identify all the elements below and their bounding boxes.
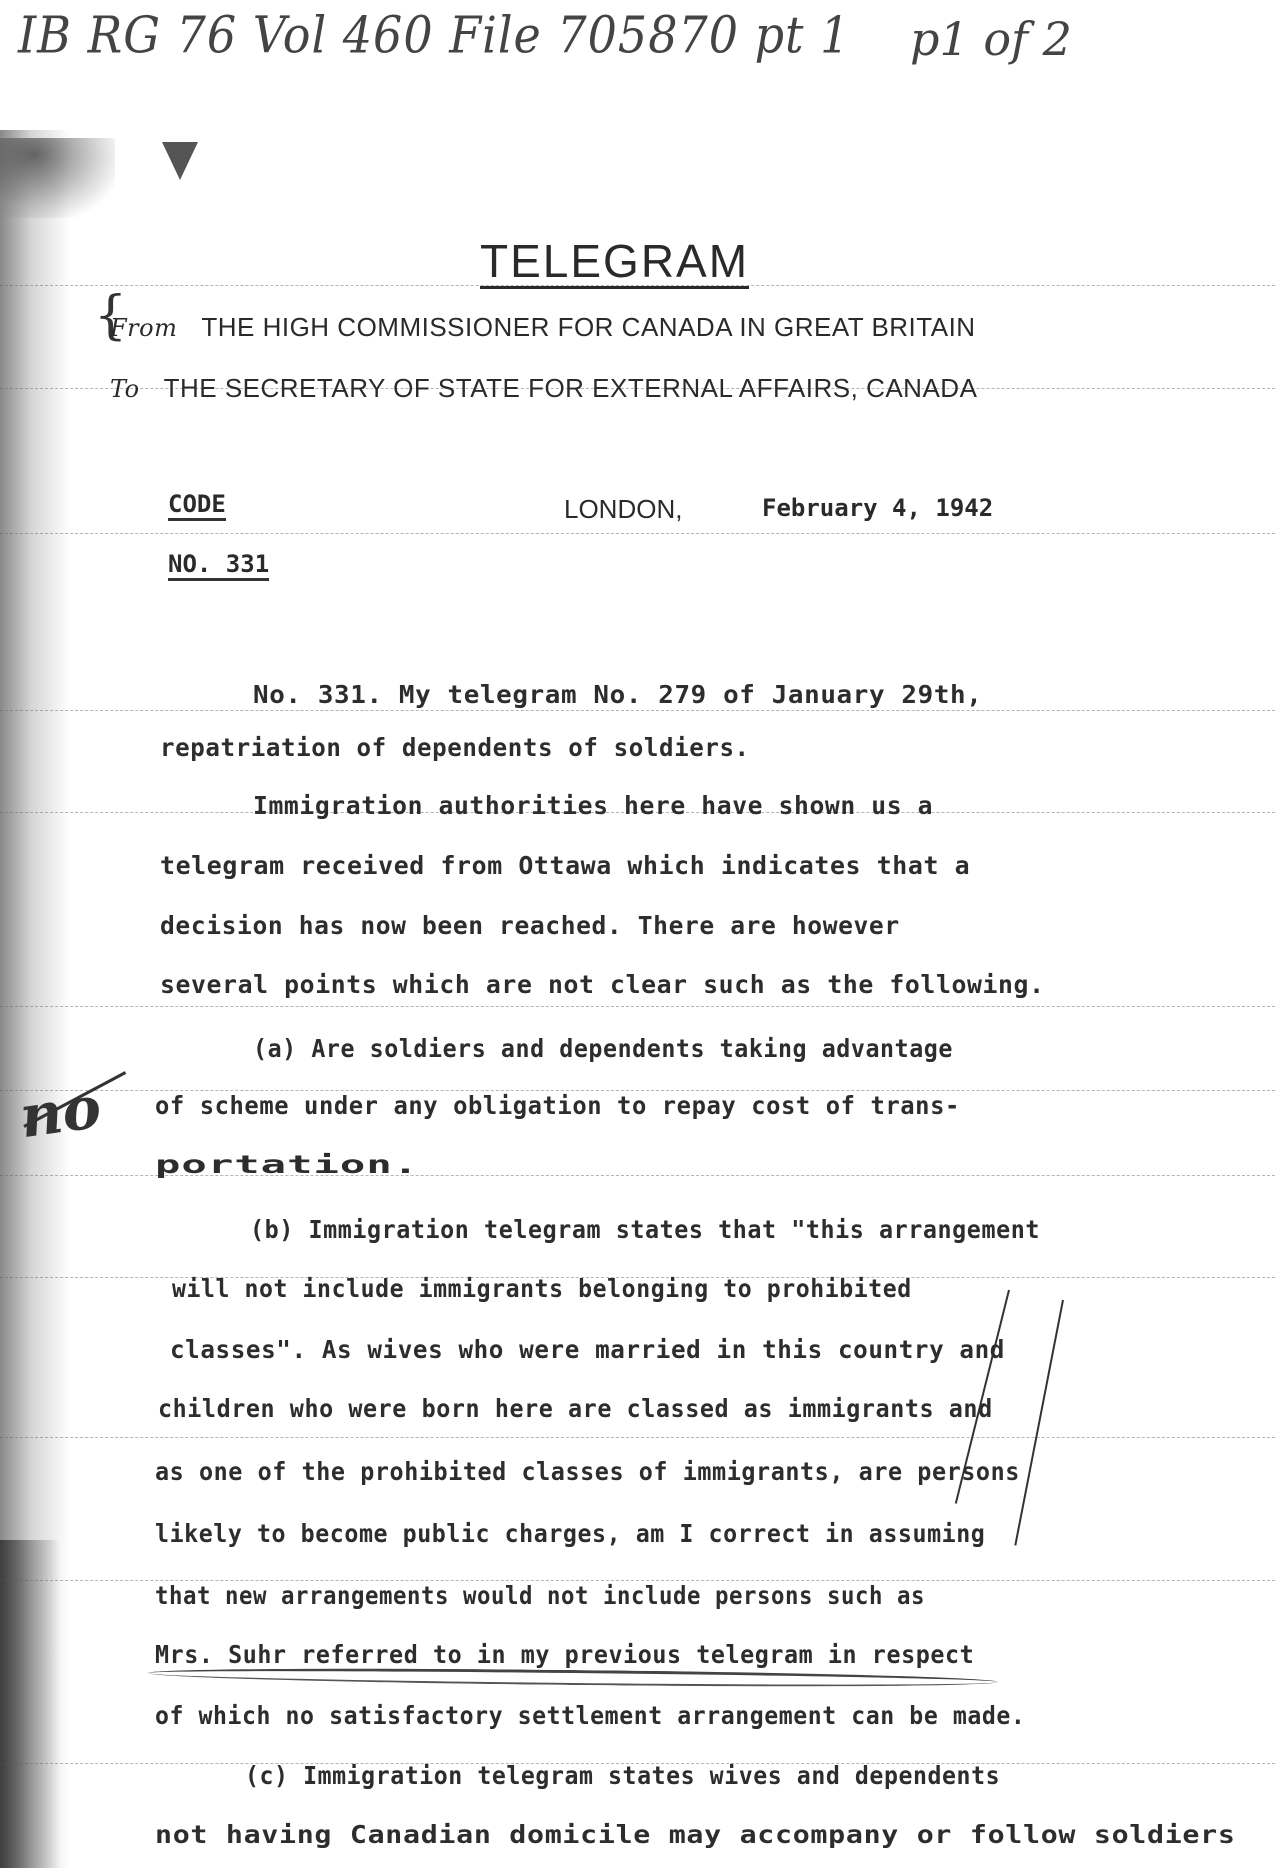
ruled-line bbox=[0, 1006, 1275, 1007]
place: LONDON, bbox=[564, 494, 682, 525]
document-title: TELEGRAM bbox=[480, 238, 749, 289]
body-line: (b) Immigration telegram states that "th… bbox=[250, 1215, 1040, 1244]
body-line: several points which are not clear such … bbox=[160, 970, 1045, 999]
handwritten-file-reference: IB RG 76 Vol 460 File 705870 pt 1 bbox=[18, 5, 850, 64]
punch-mark-icon bbox=[162, 142, 198, 180]
sender-line: FromTHE HIGH COMMISSIONER FOR CANADA IN … bbox=[110, 312, 976, 343]
body-line: Mrs. Suhr referred to in my previous tel… bbox=[155, 1640, 974, 1669]
handwritten-underline bbox=[148, 1666, 998, 1690]
body-line: as one of the prohibited classes of immi… bbox=[155, 1457, 1020, 1486]
body-line: that new arrangements would not include … bbox=[155, 1581, 925, 1610]
body-line: decision has now been reached. There are… bbox=[160, 911, 900, 940]
body-line: telegram received from Ottawa which indi… bbox=[160, 851, 970, 880]
code-label: CODE bbox=[168, 490, 226, 521]
body-line: children who were born here are classed … bbox=[158, 1394, 993, 1423]
body-line: not having Canadian domicile may accompa… bbox=[155, 1820, 1236, 1849]
telegram-number: NO. 331 bbox=[168, 550, 269, 581]
body-line: Immigration authorities here have shown … bbox=[253, 791, 933, 820]
date: February 4, 1942 bbox=[762, 494, 993, 522]
body-line: of which no satisfactory settlement arra… bbox=[155, 1701, 1025, 1730]
handwritten-margin-note: no bbox=[16, 1073, 106, 1152]
ruled-line bbox=[0, 710, 1275, 711]
ruled-line bbox=[0, 533, 1275, 534]
body-line: will not include immigrants belonging to… bbox=[172, 1274, 912, 1303]
body-line: (a) Are soldiers and dependents taking a… bbox=[253, 1034, 953, 1063]
scan-edge-blot bbox=[0, 138, 115, 218]
recipient-line: ToTHE SECRETARY OF STATE FOR EXTERNAL AF… bbox=[110, 373, 977, 404]
ruled-line bbox=[0, 1437, 1275, 1438]
from-prefix: From bbox=[110, 314, 177, 342]
body-line: of scheme under any obligation to repay … bbox=[155, 1091, 960, 1120]
body-line: likely to become public charges, am I co… bbox=[155, 1519, 985, 1548]
body-line: repatriation of dependents of soldiers. bbox=[160, 733, 750, 762]
telegram-page: IB RG 76 Vol 460 File 705870 pt 1 p1 of … bbox=[0, 0, 1275, 1868]
scan-edge-shadow-lower bbox=[0, 1540, 60, 1868]
body-line: classes". As wives who were married in t… bbox=[170, 1335, 1005, 1364]
body-line: portation. bbox=[155, 1150, 419, 1179]
handwritten-page-reference: p1 of 2 bbox=[910, 12, 1072, 66]
body-line: No. 331. My telegram No. 279 of January … bbox=[253, 680, 982, 709]
body-line: (c) Immigration telegram states wives an… bbox=[245, 1761, 1000, 1790]
sender: THE HIGH COMMISSIONER FOR CANADA IN GREA… bbox=[201, 312, 975, 342]
handwritten-check-line bbox=[1014, 1300, 1064, 1546]
to-prefix: To bbox=[110, 375, 140, 403]
recipient: THE SECRETARY OF STATE FOR EXTERNAL AFFA… bbox=[164, 373, 978, 403]
